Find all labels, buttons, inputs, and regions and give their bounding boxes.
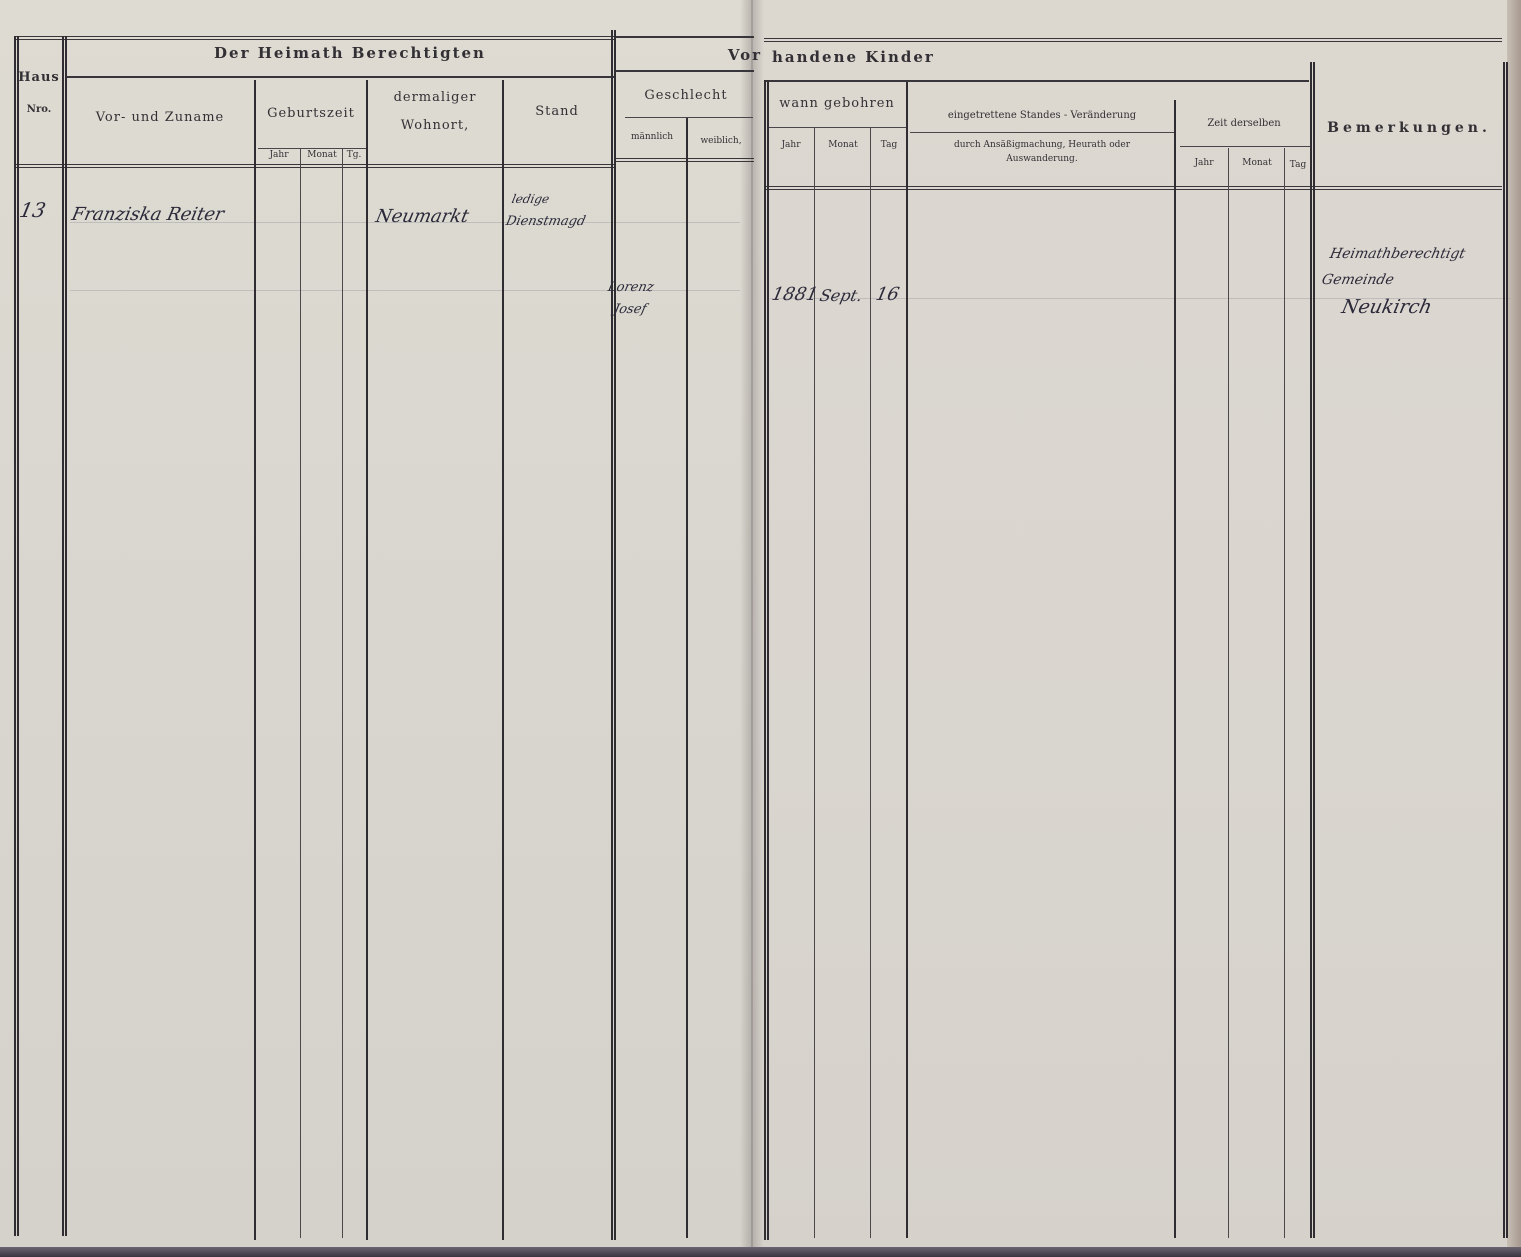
header-stand: Stand: [504, 104, 610, 119]
col-line-zeit-monat: [1284, 148, 1285, 1238]
header-kind-jahr: Jahr: [768, 140, 814, 150]
entry-bemerkungen-line3: Neukirch: [1340, 296, 1434, 318]
header-kind-tag: Tag: [872, 140, 906, 150]
entry-stand-line1: ledige: [511, 192, 551, 206]
header-wohnort: Wohnort,: [368, 118, 502, 133]
header-zeit-jahr: Jahr: [1180, 158, 1228, 168]
col-line-monat: [342, 148, 343, 1238]
col-line-right-border-left: [764, 80, 769, 1240]
table-top-rule-mid: [614, 36, 754, 38]
header-kind-monat: Monat: [816, 140, 870, 150]
col-line-kind-monat: [870, 128, 871, 1238]
header-zeit-derselben: Zeit derselben: [1178, 118, 1310, 129]
entry-bemerkungen-line1: Heimathberechtigt: [1328, 246, 1466, 262]
entry-stand-line2: Dienstmagd: [504, 214, 586, 229]
header-nro: Nro.: [14, 104, 64, 115]
geschlecht-sub-rule: [625, 117, 753, 118]
entry-kind-vorname-line2: Josef: [612, 302, 647, 317]
group-header-heimath-berechtigten: Der Heimath Berechtigten: [180, 44, 520, 62]
header-geburt-tag: Tg.: [343, 150, 365, 160]
col-line-zeit-jahr: [1228, 148, 1229, 1238]
gebohren-sub-rule: [768, 127, 908, 128]
col-line-geburtszeit: [366, 80, 368, 1240]
col-line-kind-tag: [906, 82, 908, 1238]
zeit-sub-rule: [1180, 146, 1310, 147]
header-geburt-jahr: Jahr: [258, 150, 300, 160]
header-maennlich: männlich: [618, 132, 686, 142]
col-line-right-border: [1503, 62, 1508, 1238]
header-wann-gebohren: wann gebohren: [768, 96, 906, 111]
entry-bemerkungen-line2: Gemeinde: [1320, 272, 1395, 288]
header-zeit-monat: Monat: [1230, 158, 1284, 168]
col-line-jahr: [300, 148, 301, 1238]
page-edge-right: [1507, 0, 1521, 1257]
veraenderung-sub-rule: [910, 132, 1175, 133]
header-bottom-rule: [14, 164, 614, 168]
col-line-stand: [611, 30, 616, 1240]
header-veraenderung-sub2: Auswanderung.: [910, 154, 1174, 164]
header-haus: Haus: [14, 70, 64, 85]
header-geburt-monat: Monat: [302, 150, 342, 160]
table-top-rule: [14, 36, 614, 40]
entry-wohnort: Neumarkt: [374, 206, 471, 227]
col-line-wohnort: [502, 80, 504, 1240]
header-veraenderung-sub1: durch Ansäßigmachung, Heurath oder: [910, 140, 1174, 150]
col-line-maennlich: [686, 118, 688, 1238]
book-bottom-edge: [0, 1247, 1521, 1257]
entry-name: Franziska Reiter: [70, 204, 226, 225]
header-standes-veraenderung: eingetrettene Standes - Veränderung: [910, 110, 1174, 121]
right-table-top-rule: [764, 38, 1502, 42]
header-dermaliger: dermaliger: [368, 90, 502, 105]
header-zeit-tag: Tag: [1286, 160, 1310, 170]
header-geschlecht: Geschlecht: [618, 88, 754, 103]
left-page: [0, 0, 752, 1257]
entry-kind-tag: 16: [874, 284, 901, 305]
header-bemerkungen: Bemerkungen.: [1316, 120, 1502, 136]
col-line-name: [254, 80, 256, 1240]
col-line-zeit-tag: [1310, 62, 1315, 1238]
header-geburtszeit: Geburtszeit: [256, 106, 366, 121]
header-weiblich: weiblich,: [688, 136, 754, 146]
col-line-haus: [62, 36, 67, 1236]
entry-haus-nro: 13: [17, 198, 48, 222]
group-header-rule-mid: [614, 70, 754, 72]
entry-kind-monat: Sept.: [818, 286, 864, 305]
right-group-header-rule: [764, 80, 1309, 82]
entry-kind-vorname-line1: Lorenz: [606, 280, 655, 295]
spanning-header-part1: Vor: [712, 46, 762, 64]
book-spine: [740, 0, 764, 1257]
right-header-bottom-rule: [764, 186, 1502, 190]
spanning-header-part2: handene Kinder: [772, 48, 942, 66]
col-line-veraenderung: [1174, 100, 1176, 1238]
geburtszeit-sub-rule: [258, 148, 366, 149]
header-bottom-rule-mid: [614, 158, 754, 162]
header-vor-und-zuname: Vor- und Zuname: [66, 110, 254, 125]
entry-kind-jahr: 1881: [770, 284, 820, 305]
group-header-rule: [66, 76, 614, 78]
